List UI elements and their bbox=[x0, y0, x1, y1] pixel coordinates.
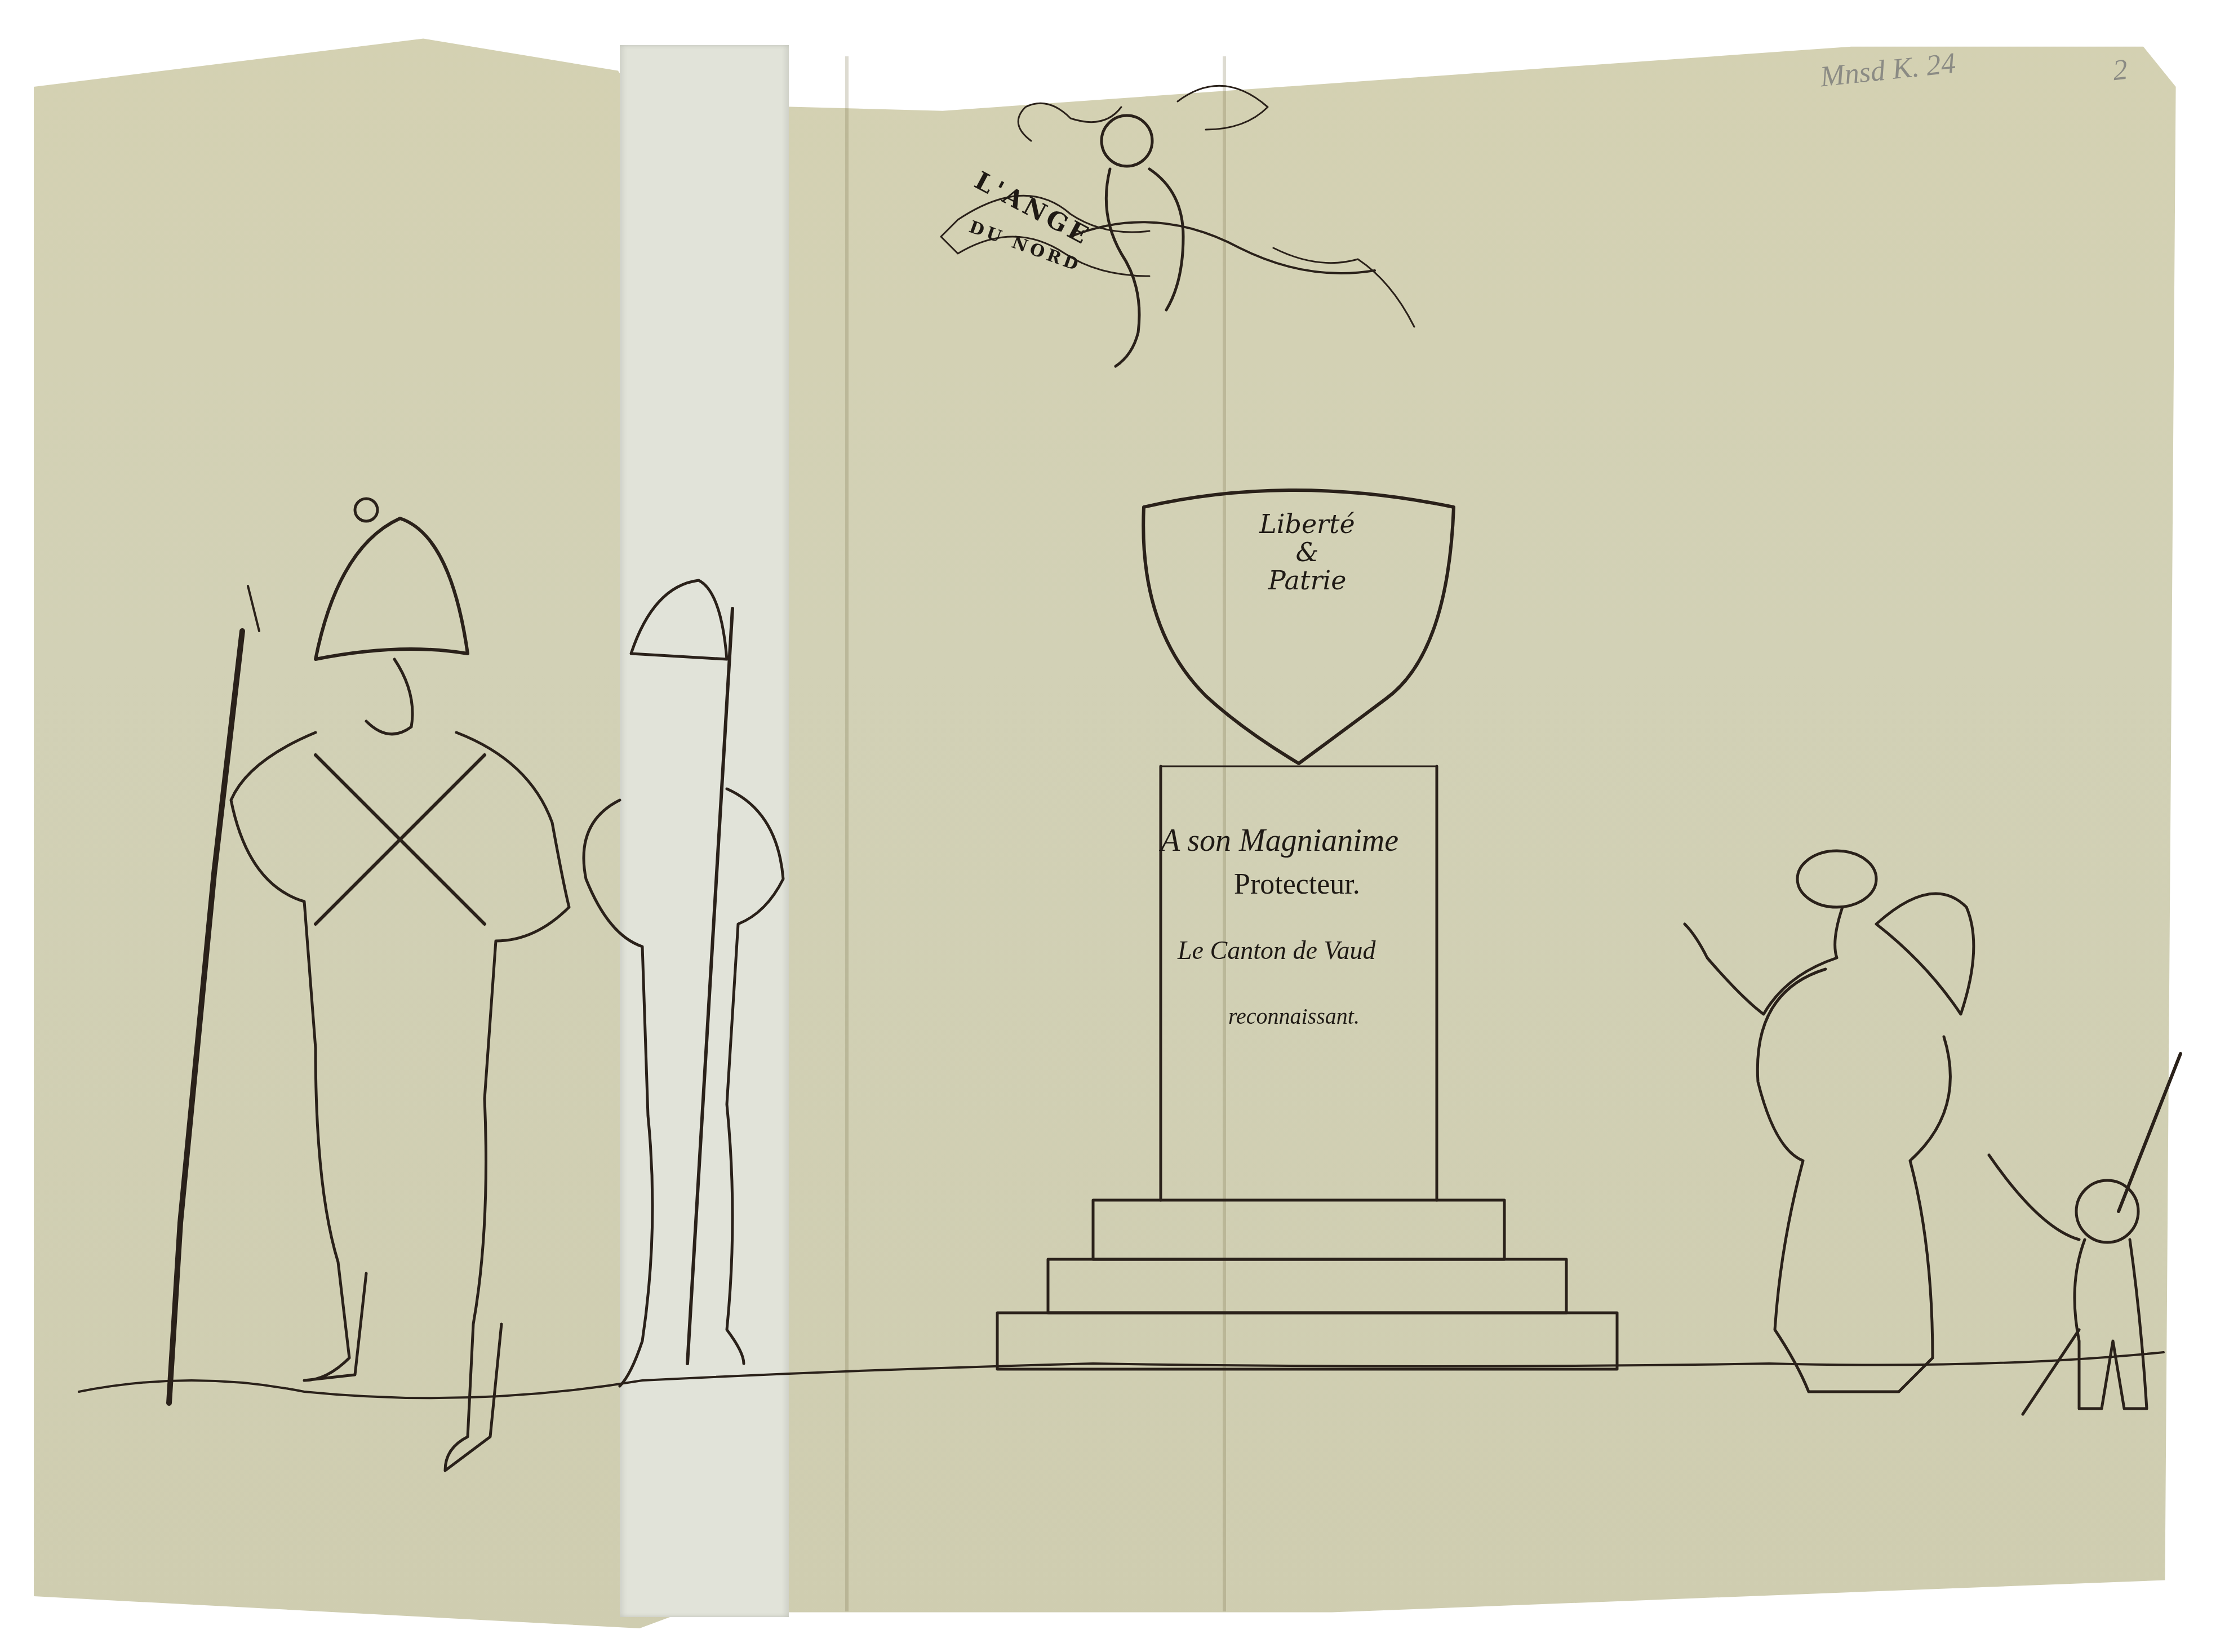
child-with-sword-icon bbox=[1989, 1054, 2181, 1414]
inscription-line-1: A son Magnianime bbox=[1161, 823, 1398, 859]
shield-line-3: Patrie bbox=[1211, 566, 1403, 594]
inscription-line-2: Protecteur. bbox=[1234, 868, 1360, 901]
woman-with-fan-icon bbox=[1685, 851, 1974, 1392]
inscription-line-4: reconnaissant. bbox=[1228, 1003, 1360, 1029]
shield-line-2: & bbox=[1211, 538, 1403, 566]
shield-line-1: Liberté bbox=[1211, 510, 1403, 538]
shield-motto: Liberté & Patrie bbox=[1211, 510, 1403, 594]
grenadier-icon bbox=[169, 499, 569, 1471]
soldier-icon bbox=[584, 580, 783, 1386]
drawing-lines bbox=[0, 0, 2238, 1652]
inscription-line-3: Le Canton de Vaud bbox=[1178, 935, 1375, 965]
